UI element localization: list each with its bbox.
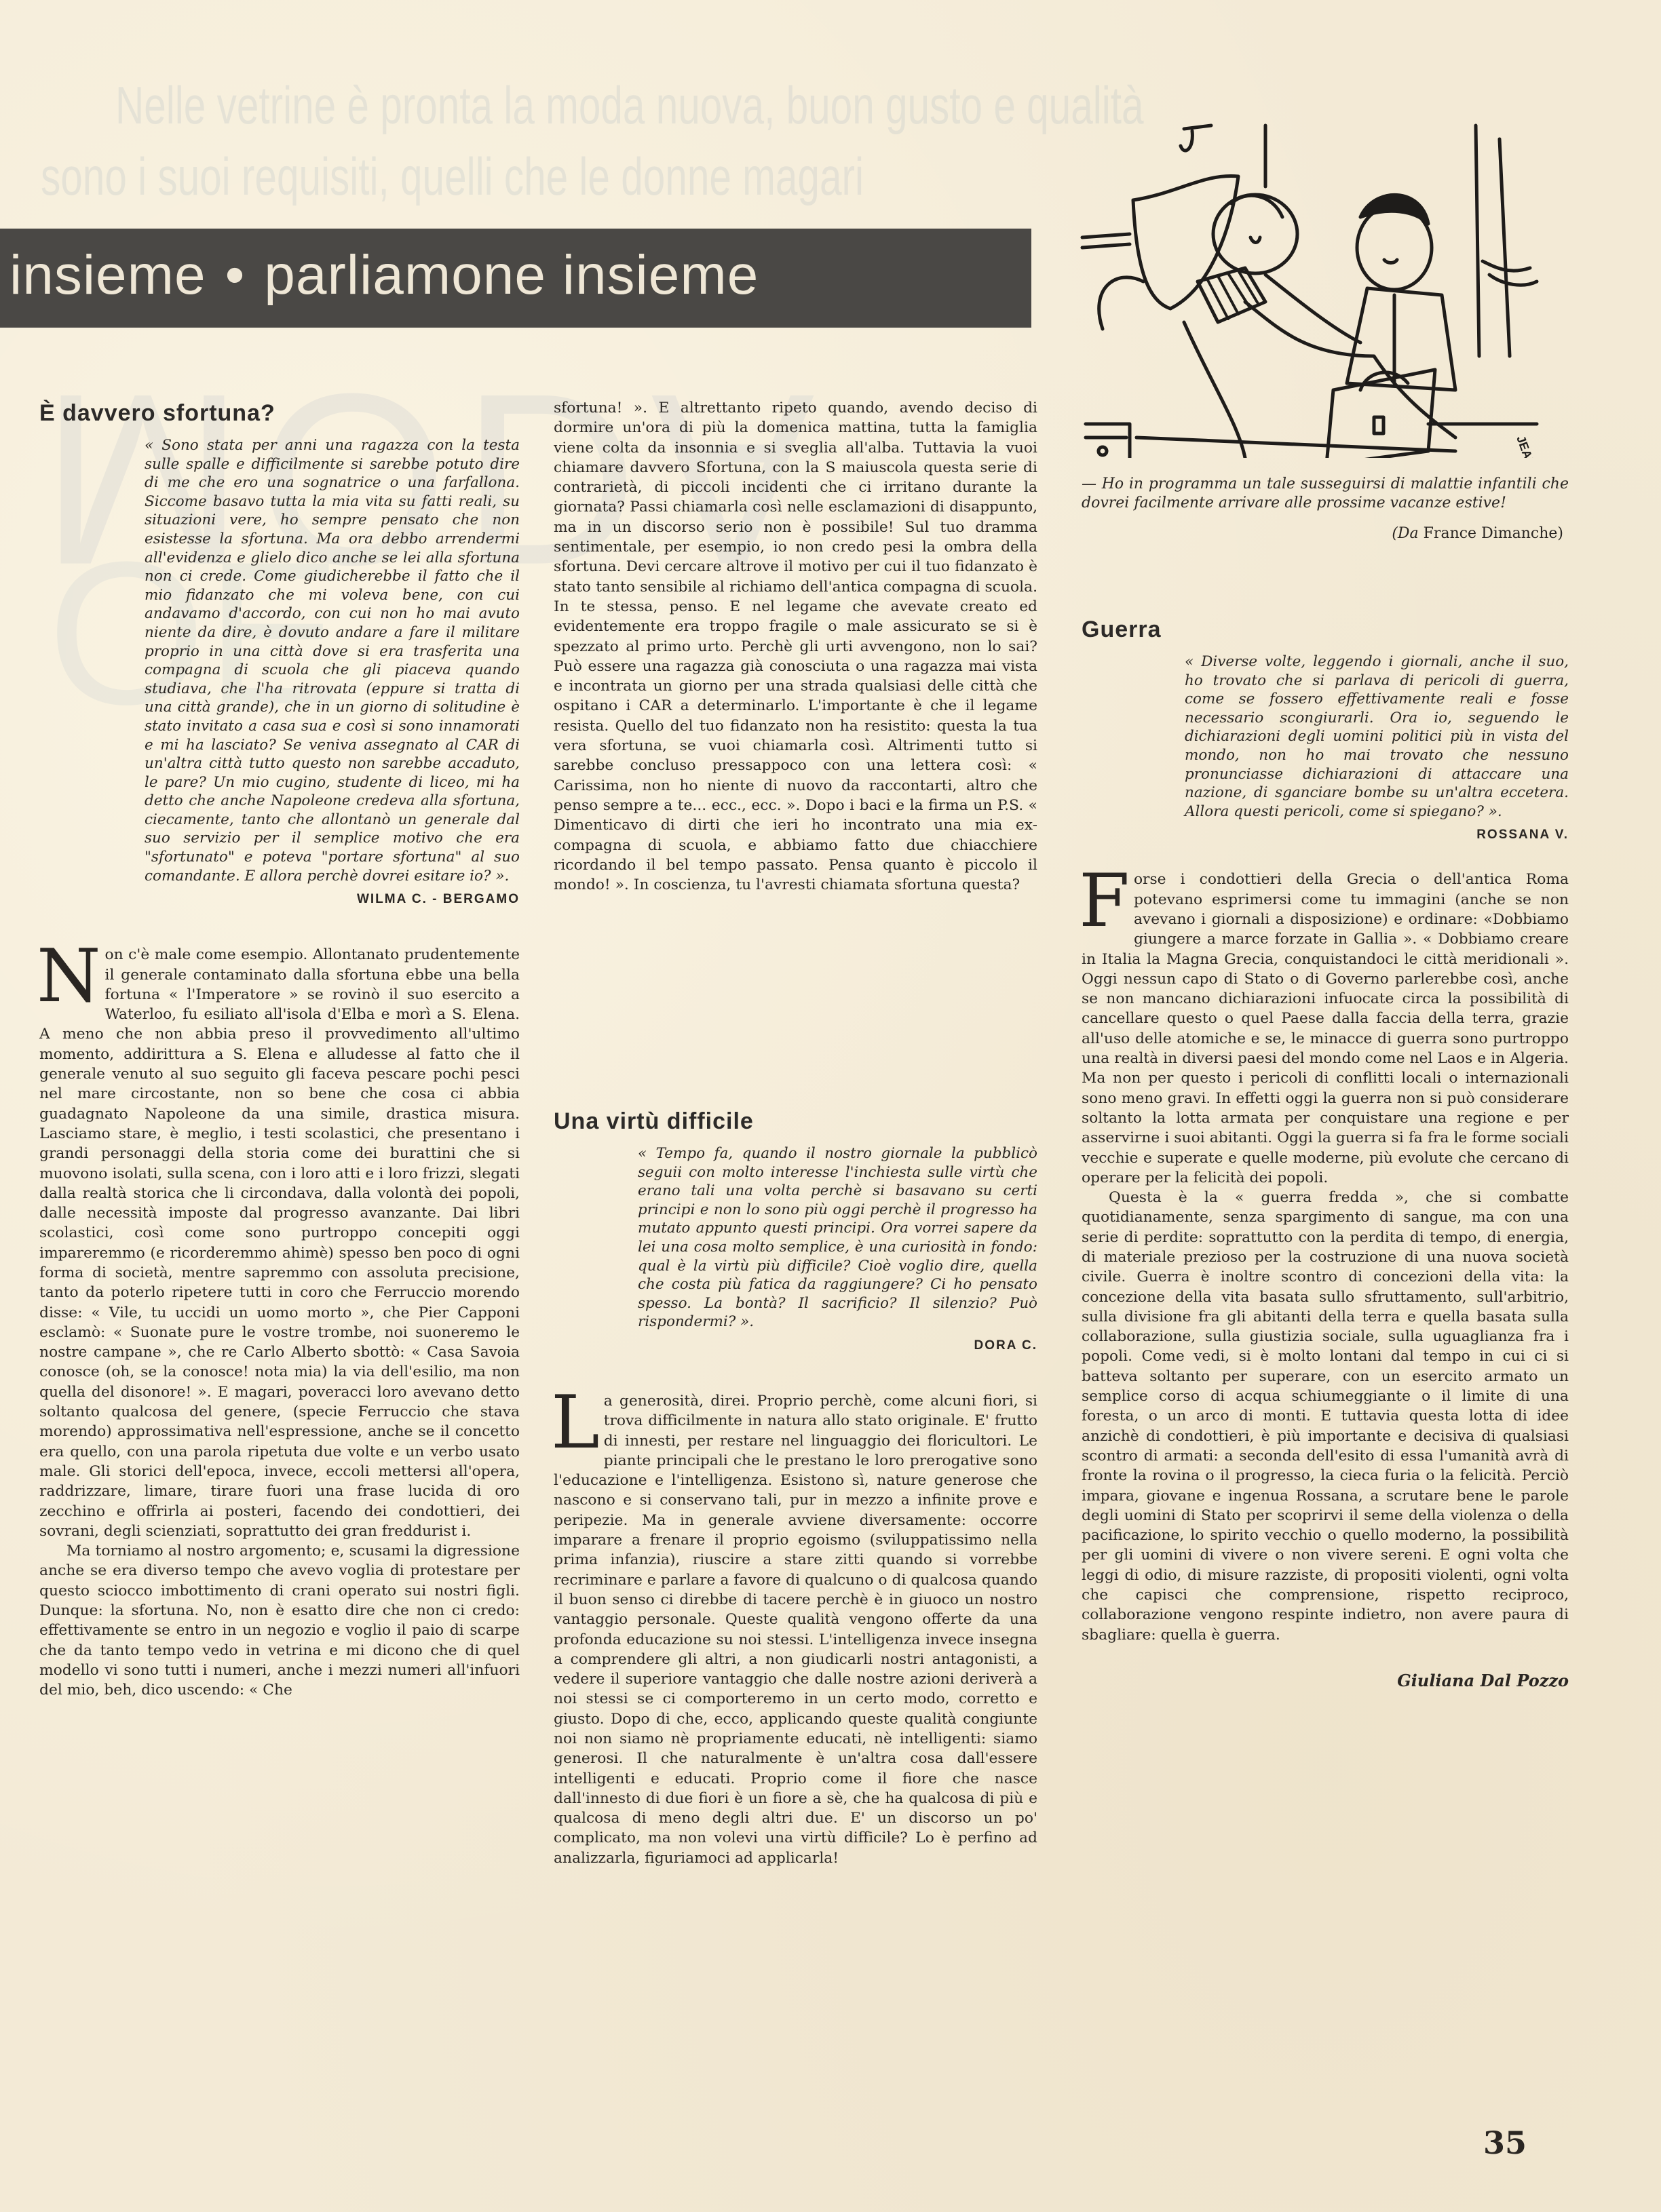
section-title: insieme•parliamone insieme [9,244,759,307]
reply-text: La generosità, direi. Proprio perchè, co… [554,1391,1037,1868]
cartoon-illustration: JEAN BELLUS [1075,98,1581,458]
sick-child-in-bed-illustration: JEAN BELLUS [1075,98,1581,458]
section-title-left: insieme [9,244,206,306]
section-title-right: parliamone insieme [264,244,759,306]
letter-signature: DORA C. [554,1338,1037,1353]
reply-continuation: sfortuna! ». E altrettanto ripeto quando… [554,398,1037,1080]
bleed-through-text: sono i suoi requisiti, quelli che le don… [41,146,864,208]
letter-signature: ROSSANA V. [1082,828,1569,842]
bleed-through-text: Nelle vetrine è pronta la moda nuova, bu… [115,75,1144,136]
reply-paragraph: Questa è la « guerra fredda », che si co… [1082,1188,1569,1645]
reply-paragraph: orse i condottieri della Grecia o dell'a… [1082,871,1569,1186]
bullet-separator: • [225,244,246,306]
reply-paragraph: Ma torniamo al nostro argomento; e, scus… [39,1541,520,1700]
source-prefix: (Da [1392,525,1418,542]
author-byline: Giuliana Dal Pozzo [1082,1671,1569,1690]
article-heading: Guerra [1082,617,1569,643]
page-number: 35 [1483,2124,1527,2161]
drop-cap: N [37,948,101,1006]
column-right: — Ho in programma un tale susseguirsi di… [1082,475,1569,1690]
cartoon-caption: — Ho in programma un tale susseguirsi di… [1082,475,1569,513]
source-name: France Dimanche) [1424,525,1563,542]
reader-letter: « Sono stata per anni una ragazza con la… [145,436,520,885]
reply-paragraph: a generosità, direi. Proprio perchè, com… [554,1393,1037,1867]
letter-signature: WILMA C. - BERGAMO [39,892,520,907]
reply-text: Non c'è male come esempio. Allontanato p… [39,945,520,1700]
article-heading: È davvero sfortuna? [39,400,520,427]
column-middle: sfortuna! ». E altrettanto ripeto quando… [554,398,1037,1868]
reply-text: Forse i condottieri della Grecia o dell'… [1082,870,1569,1645]
section-banner: insieme•parliamone insieme [0,229,1031,328]
reply-paragraph-continued: sfortuna! ». E altrettanto ripeto quando… [554,398,1037,895]
reader-letter: « Tempo fa, quando il nostro giornale la… [638,1144,1037,1332]
column-left: È davvero sfortuna? « Sono stata per ann… [39,400,520,1701]
artist-signature: JEAN BELLUS [1514,434,1556,458]
reader-letter: « Diverse volte, leggendo i giornali, an… [1185,653,1569,821]
article-heading: Una virtù difficile [554,1108,1037,1135]
drop-cap: L [551,1394,600,1452]
reply-paragraph: on c'è male come esempio. Allontanato pr… [39,946,520,1540]
cartoon-source: (Da France Dimanche) [1082,525,1563,542]
drop-cap: F [1079,872,1130,931]
